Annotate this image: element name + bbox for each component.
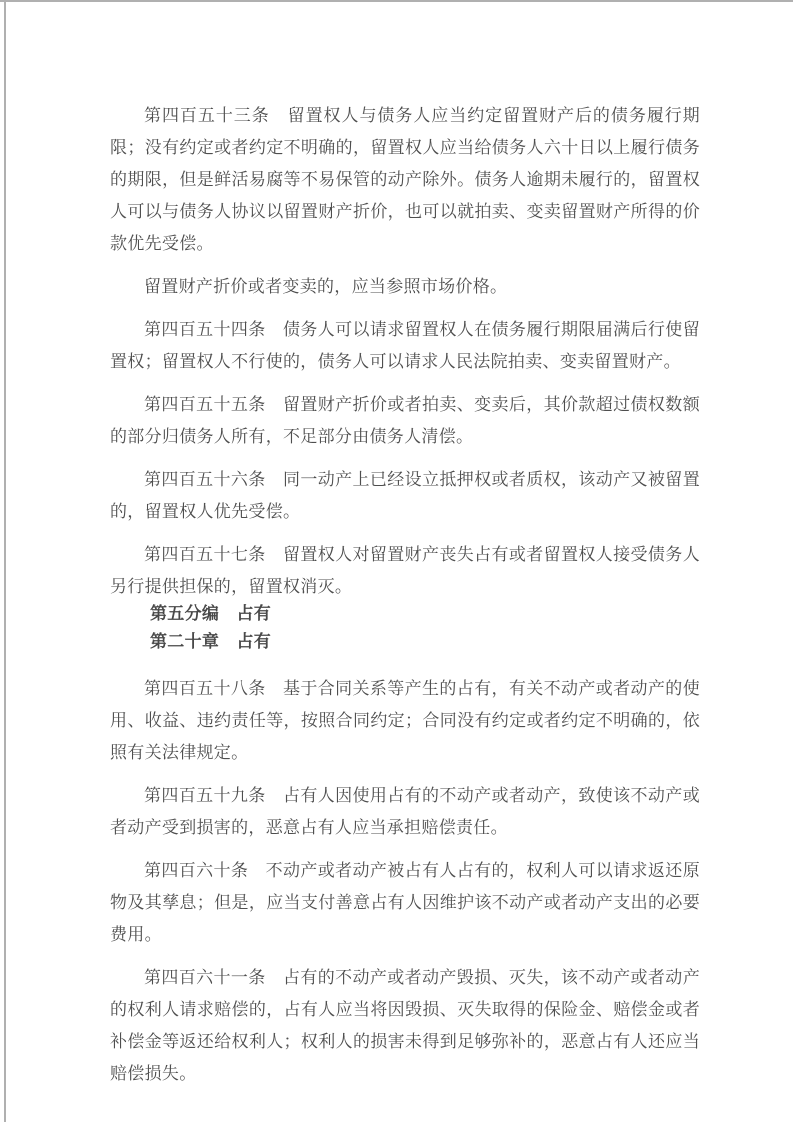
paragraph-article-458: 第四百五十八条 基于合同关系等产生的占有，有关不动产或者动产的使用、收益、违约责… bbox=[110, 673, 700, 769]
paragraph-article-453: 第四百五十三条 留置权人与债务人应当约定留置财产后的债务履行期限；没有约定或者约… bbox=[110, 100, 700, 260]
heading-part-five-possession: 第五分编 占有 bbox=[110, 600, 700, 628]
document-page: 第四百五十三条 留置权人与债务人应当约定留置财产后的债务履行期限；没有约定或者约… bbox=[0, 0, 793, 1122]
heading-chapter-twenty-possession: 第二十章 占有 bbox=[110, 628, 700, 656]
paragraph-article-455: 第四百五十五条 留置财产折价或者拍卖、变卖后，其价款超过债权数额的部分归债务人所… bbox=[110, 389, 700, 453]
paragraph-article-453-continuation: 留置财产折价或者变卖的，应当参照市场价格。 bbox=[110, 271, 700, 303]
paragraph-article-457: 第四百五十七条 留置权人对留置财产丧失占有或者留置权人接受债务人另行提供担保的，… bbox=[110, 539, 700, 603]
page-left-edge-line bbox=[4, 0, 6, 1122]
page-top-edge-line bbox=[0, 0, 793, 2]
document-body: 第四百五十三条 留置权人与债务人应当约定留置财产后的债务履行期限；没有约定或者约… bbox=[110, 100, 700, 1101]
paragraph-article-461: 第四百六十一条 占有的不动产或者动产毁损、灭失，该不动产或者动产的权利人请求赔偿… bbox=[110, 962, 700, 1090]
paragraph-article-454: 第四百五十四条 债务人可以请求留置权人在债务履行期限届满后行使留置权；留置权人不… bbox=[110, 314, 700, 378]
paragraph-article-456: 第四百五十六条 同一动产上已经设立抵押权或者质权，该动产又被留置的，留置权人优先… bbox=[110, 464, 700, 528]
paragraph-article-460: 第四百六十条 不动产或者动产被占有人占有的，权利人可以请求返还原物及其孳息；但是… bbox=[110, 855, 700, 951]
paragraph-article-459: 第四百五十九条 占有人因使用占有的不动产或者动产，致使该不动产或者动产受到损害的… bbox=[110, 780, 700, 844]
